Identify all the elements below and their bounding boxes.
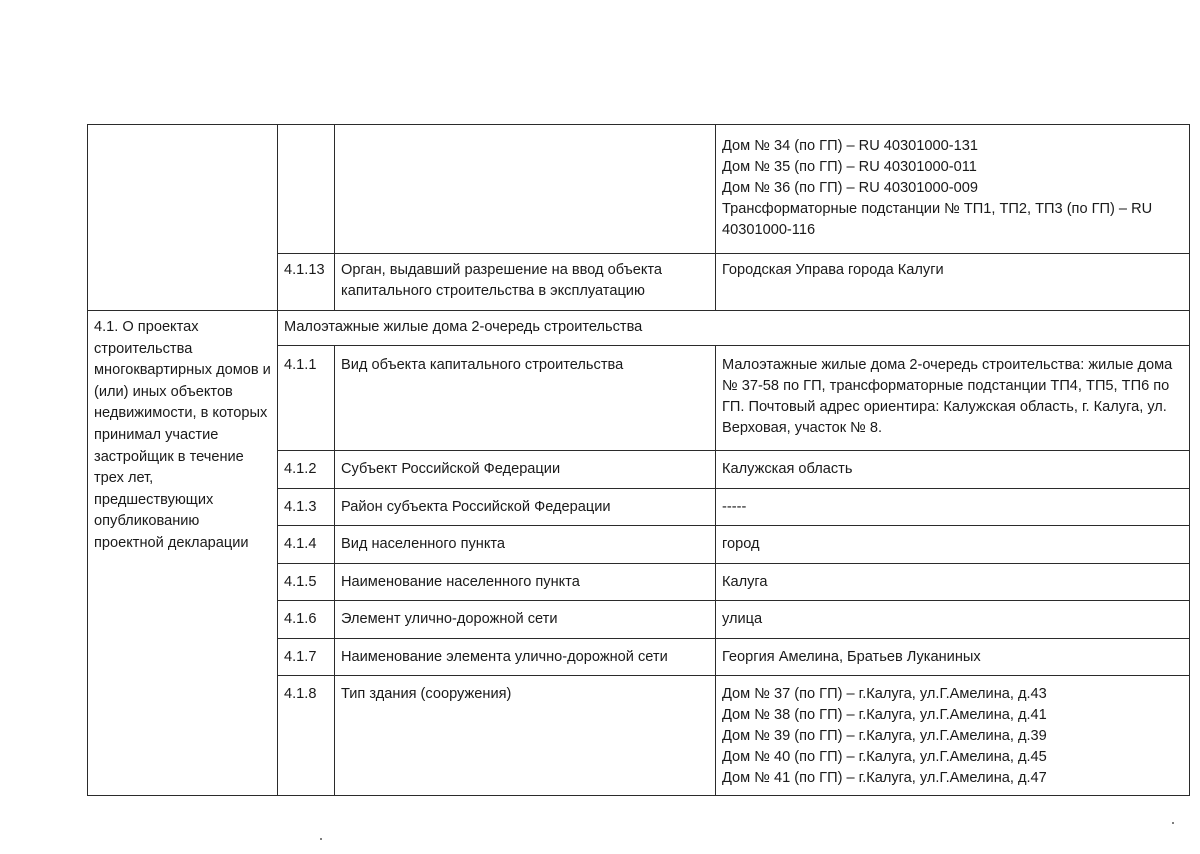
section-title: 4.1. О проектах строительства многокварт…: [88, 311, 278, 796]
address-line: Дом № 39 (по ГП) – г.Калуга, ул.Г.Амелин…: [722, 726, 1183, 747]
row-number: 4.1.7: [278, 638, 335, 676]
row-value: улица: [716, 601, 1190, 639]
row-label: Район субъекта Российской Федерации: [335, 488, 716, 526]
scan-speck: [1172, 822, 1174, 824]
row-value: Калужская область: [716, 451, 1190, 489]
row-value: Георгия Амелина, Братьев Луканиных: [716, 638, 1190, 676]
permit-line: Дом № 36 (по ГП) – RU 40301000-009: [722, 178, 1183, 199]
declaration-table: Дом № 34 (по ГП) – RU 40301000-131 Дом №…: [87, 124, 1190, 796]
row-label: Элемент улично-дорожной сети: [335, 601, 716, 639]
row-value: Городская Управа города Калуги: [716, 254, 1190, 311]
permit-line: Трансформаторные подстанции № ТП1, ТП2, …: [722, 201, 1152, 238]
row-value: город: [716, 526, 1190, 564]
scanned-page: Дом № 34 (по ГП) – RU 40301000-131 Дом №…: [0, 0, 1200, 854]
row-number: 4.1.2: [278, 451, 335, 489]
section-header: Малоэтажные жилые дома 2-очередь строите…: [278, 311, 1190, 346]
scan-speck: [320, 838, 322, 840]
row-label: Субъект Российской Федерации: [335, 451, 716, 489]
section-cell-empty: [88, 125, 278, 311]
row-number: 4.1.8: [278, 676, 335, 796]
address-line: Дом № 41 (по ГП) – г.Калуга, ул.Г.Амелин…: [722, 768, 1183, 789]
row-value-addresses: Дом № 37 (по ГП) – г.Калуга, ул.Г.Амелин…: [716, 676, 1190, 796]
number-cell-empty: [278, 125, 335, 254]
row-label: Наименование населенного пункта: [335, 563, 716, 601]
row-number: 4.1.5: [278, 563, 335, 601]
address-line: Дом № 40 (по ГП) – г.Калуга, ул.Г.Амелин…: [722, 747, 1183, 768]
row-number: 4.1.13: [278, 254, 335, 311]
address-line: Дом № 37 (по ГП) – г.Калуга, ул.Г.Амелин…: [722, 684, 1183, 705]
address-line: Дом № 38 (по ГП) – г.Калуга, ул.Г.Амелин…: [722, 705, 1183, 726]
table-row-section-header: 4.1. О проектах строительства многокварт…: [88, 311, 1190, 346]
row-number: 4.1.4: [278, 526, 335, 564]
row-label: Вид населенного пункта: [335, 526, 716, 564]
row-value: Калуга: [716, 563, 1190, 601]
row-label: Тип здания (сооружения): [335, 676, 716, 796]
row-number: 4.1.1: [278, 346, 335, 451]
permit-line: Дом № 34 (по ГП) – RU 40301000-131: [722, 136, 1183, 157]
row-number: 4.1.3: [278, 488, 335, 526]
row-value: Малоэтажные жилые дома 2-очередь строите…: [716, 346, 1190, 451]
row-value: -----: [716, 488, 1190, 526]
row-label: Орган, выдавший разрешение на ввод объек…: [335, 254, 716, 311]
row-number: 4.1.6: [278, 601, 335, 639]
value-cell-permits: Дом № 34 (по ГП) – RU 40301000-131 Дом №…: [716, 125, 1190, 254]
label-cell-empty: [335, 125, 716, 254]
table-row-continuation: Дом № 34 (по ГП) – RU 40301000-131 Дом №…: [88, 125, 1190, 254]
row-label: Наименование элемента улично-дорожной се…: [335, 638, 716, 676]
row-label: Вид объекта капитального строительства: [335, 346, 716, 451]
permit-line: Дом № 35 (по ГП) – RU 40301000-011: [722, 157, 1183, 178]
